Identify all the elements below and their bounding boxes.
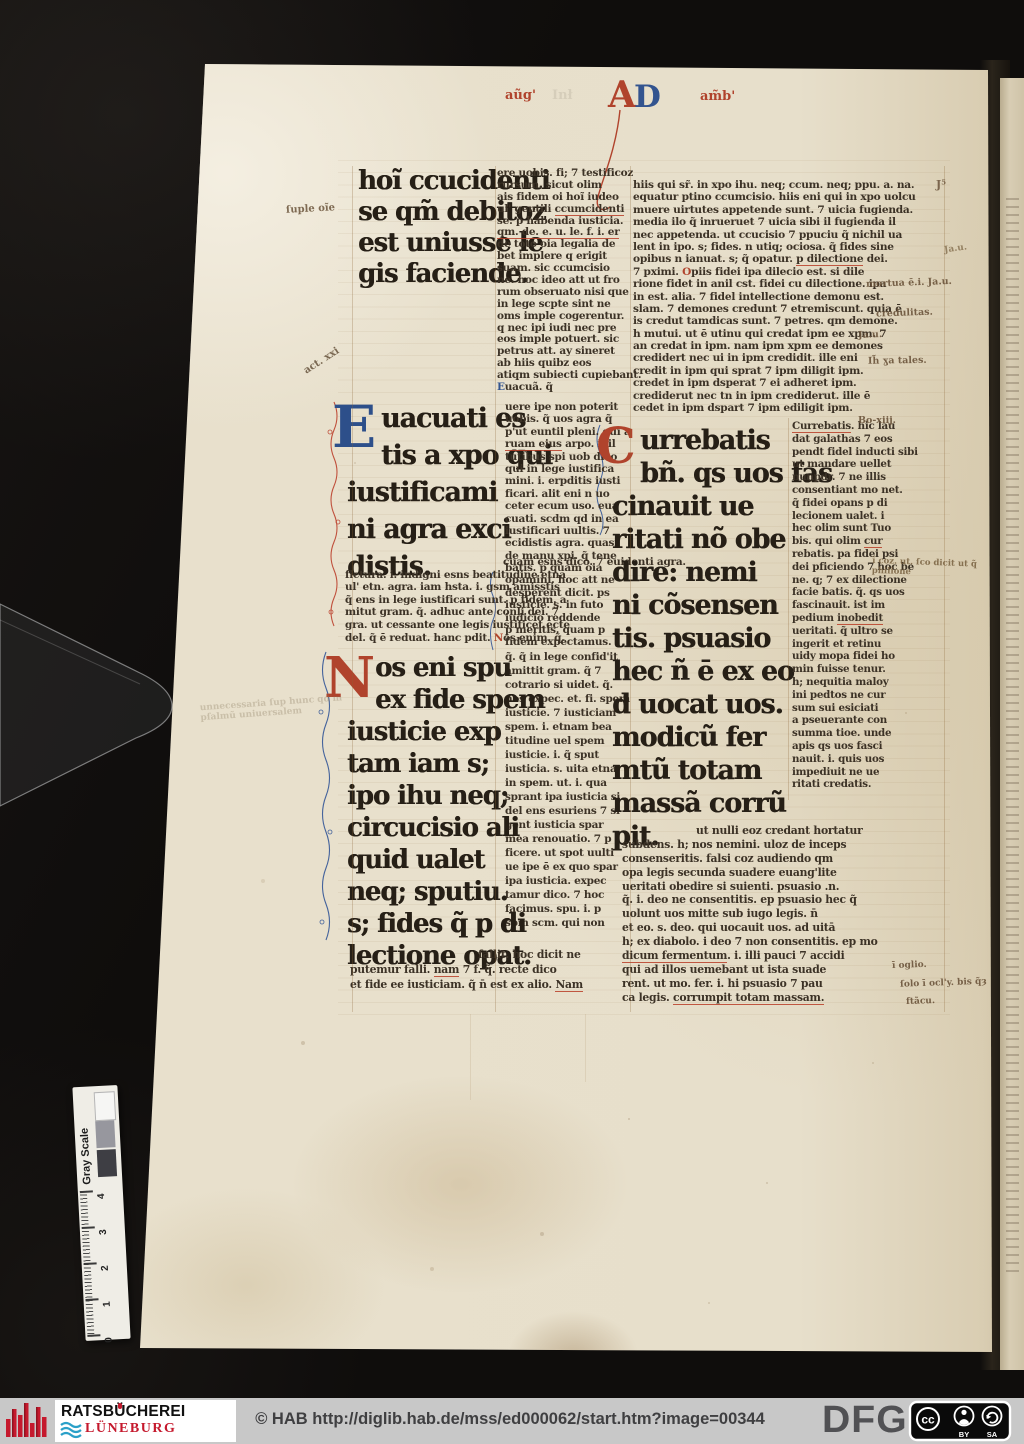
svg-text:cc: cc	[921, 1413, 935, 1427]
gloss-line: rursum. sicut olim	[497, 180, 639, 192]
column-rule	[352, 166, 353, 1012]
lemma-line: modicũ fer	[612, 721, 812, 754]
gloss-line: mitut gram. q̃. adhuc ante conli dei. 7	[345, 606, 640, 619]
gloss-line: consentiant mo net.	[792, 484, 950, 497]
gloss-line: putemur falli. nam 7 f. q̃. recte dico	[350, 963, 655, 978]
gloss-block: fallit. hoc dicit neputemur falli. nam 7…	[350, 948, 655, 992]
grayscale-label: Gray Scale	[79, 1128, 94, 1185]
gloss-line: consenseritis. falsi coz audiendo qm	[622, 852, 954, 866]
gloss-line: ul' etn. agra. iam hsta. i. gsm amisstis	[345, 581, 640, 594]
gloss-block: ere uobis. fi; 7 testificozrursum. sicut…	[497, 168, 639, 394]
marginal-note: ſolo ī ocl'y. bis q̃ȝ	[900, 976, 1000, 989]
lemma-line: circucisio ali	[347, 812, 547, 844]
lemma-line: tam iam s;	[347, 748, 547, 780]
gloss-line: pedium inobedit	[792, 612, 950, 625]
gloss-block: hiis qui sr̃. in xpo ihu. neq; ccum. neq…	[633, 179, 948, 414]
running-header-right: am̃b'	[700, 89, 735, 104]
column-rule	[630, 166, 631, 1012]
gloss-line: muere uirtutes appetende sunt. 7 uicia f…	[633, 204, 948, 216]
gloss-line: lecionem ualet. i	[792, 510, 950, 523]
grayscale-patch-dark	[97, 1149, 117, 1177]
gloss-line: crediderut nec tn in ipm crediderut. ill…	[633, 390, 948, 402]
lemma-line: neq; sputiu.	[347, 876, 547, 908]
library-name: RATSBÜCHEREI	[61, 1403, 185, 1421]
lemma-line: quid ualet	[347, 844, 547, 876]
running-header-erased: Inł	[552, 88, 573, 103]
svg-text:SA: SA	[987, 1430, 998, 1439]
gloss-line: opibus n ianuat. s; q̃ opatur. p dilecti…	[633, 253, 948, 265]
gloss-line: 7 pximi. Opiis fidei ipa dilecio est. si…	[633, 266, 948, 278]
lemma-line: ni cõsensen	[612, 589, 812, 622]
lemma-line: os eni spu	[347, 652, 547, 684]
gloss-line: ut mandare uellet	[792, 458, 950, 471]
lemma-line: massã corrũ	[612, 787, 812, 820]
gloss-line: Euacuã. q̃	[497, 382, 639, 394]
grayscale-ruler: Gray Scale 43210	[72, 1085, 130, 1341]
gloss-line: ueritati. q̃ ultro se	[792, 625, 950, 638]
gloss-block: Currebatis. hic laudat galathas 7 eospen…	[792, 420, 950, 791]
marginal-note: Ih̃ ɣa tales.	[868, 354, 958, 367]
marginal-note: act. xxi	[302, 335, 358, 377]
gloss-line: an credat in ipm. nam ipm xpm ee demones	[633, 340, 948, 352]
gloss-line: q̃ fidei opans p di	[792, 497, 950, 510]
gloss-line: ingerit et retinu	[792, 638, 950, 651]
gloss-line: impediuit ne ue	[792, 766, 950, 779]
gloss-line: bis. qui olim cur	[792, 535, 950, 548]
marginal-note: Ja.u.	[858, 328, 908, 341]
gloss-line: ini pedtos ne cur	[792, 689, 950, 702]
footer-bar: RATSBÜCHEREI LÜNEBURG © HAB http://digli…	[0, 1398, 1024, 1444]
column-rule	[944, 166, 945, 1012]
gloss-line: subdens. h; nos nemini. uloz de inceps	[622, 838, 954, 852]
gloss-line: nec appetenda. ut ccucisio 7 ppuciu q̃ n…	[633, 229, 948, 241]
gloss-line: oms imple cogerentur.	[497, 311, 639, 323]
gloss-line: hiis qui sr̃. in xpo ihu. neq; ccum. neq…	[633, 179, 948, 191]
gloss-line: sum sui esiciati	[792, 702, 950, 715]
marginal-note: J⁵	[936, 178, 966, 191]
column-rule	[495, 166, 496, 1012]
gloss-line: hec olim sunt Tuo	[792, 522, 950, 535]
gloss-line: h; ex diabolo. i deo 7 non consentitis. …	[622, 935, 954, 949]
lemma-block: os eni spuex fide spemiusticie exptam ia…	[347, 652, 547, 972]
gloss-line: credet in ipm dsperat 7 ei adheret ipm.	[633, 377, 948, 389]
gloss-line: q̃. i. deo ne consentitis. ep psuasio he…	[622, 893, 954, 907]
library-logo: RATSBÜCHEREI LÜNEBURG	[55, 1400, 236, 1442]
gloss-line: fictura. i. indigni esns beatitudine etn…	[345, 569, 640, 582]
gloss-line: facie batis. q̃. qs uos	[792, 586, 950, 599]
lemma-line: d uocat uos.	[612, 688, 812, 721]
gloss-line: gra. ut cessante one legis iustificet ec…	[345, 619, 640, 632]
lemma-line: iusticie exp	[347, 716, 547, 748]
marginal-note: ī oglio.	[892, 959, 952, 971]
gloss-line: dat galathas 7 eos	[792, 433, 950, 446]
lemma-line: ipo ihu neq;	[347, 780, 547, 812]
marginal-note: Bo-xiij.	[858, 415, 928, 426]
facing-page-text-hint	[1006, 198, 1019, 1278]
gloss-line: fallit. hoc dicit ne	[350, 948, 655, 963]
gloss-line: a pseuerante con	[792, 714, 950, 727]
lemma-line: urrebatis	[612, 424, 812, 457]
gloss-line: summa tioe. unde	[792, 727, 950, 740]
ruler-major-tick	[84, 1262, 97, 1265]
gloss-line: opa legis secunda suadere euang'lite	[622, 866, 954, 880]
initial-letter: E	[332, 398, 376, 456]
gloss-block: cuam esns dico. 7 euidenti agra.fictura.…	[345, 556, 640, 644]
library-umlaut-dot	[118, 1403, 122, 1409]
gloss-line: rum obseruato nisi que	[497, 287, 639, 299]
gloss-line: in est. alia. 7 fidel intellectione demo…	[633, 291, 948, 303]
gloss-line: uere ipe non poterit	[505, 401, 641, 413]
gloss-line: ut nulli eoz credant hortatur	[622, 824, 954, 838]
marginal-note: credulitas.	[876, 305, 966, 319]
ruler-major-tick	[85, 1298, 98, 1301]
lemma-line: dire: nemi	[612, 556, 812, 589]
organ-pipes-icon	[6, 1401, 54, 1441]
gloss-line: et fide ee iusticiam. q̃ n̄ est ex alio.…	[350, 978, 655, 993]
gloss-line: ritati credatis.	[792, 778, 950, 791]
gloss-line: nunpdr. 7 ne illis	[792, 471, 950, 484]
lemma-line: s; fides q̃ p di	[347, 908, 547, 940]
gloss-line: ca legis. corrumpit totam massam.	[622, 991, 954, 1005]
lemma-line: bñ. qs uos fas	[612, 457, 812, 490]
lemma-line: mtũ totam	[612, 754, 812, 787]
pencil-inscription: C.N	[149, 82, 192, 105]
ruler-major-tick	[87, 1334, 100, 1337]
gloss-line: del. q̃ ē reduat. hanc pdit. Nos enim. q…	[345, 632, 640, 645]
grayscale-patch-mid	[95, 1120, 115, 1148]
tick-label: 0	[104, 1337, 115, 1343]
gloss-line: in lege scpte sint ne	[497, 299, 639, 311]
digitized-manuscript-viewer: { "colors":{"accent_red":"#c5192d","acce…	[0, 0, 1024, 1444]
gloss-line: equatur ptino ccumcisio. hiis eni qui in…	[633, 191, 948, 203]
copyright-text: © HAB http://diglib.hab.de/mss/ed000062/…	[240, 1410, 780, 1429]
gloss-line: pendt fidel inducti sibi	[792, 446, 950, 459]
gloss-line: ais fidem oi hoĩ iudeo	[497, 192, 639, 204]
lemma-line: tis. psuasio	[612, 622, 812, 655]
column-rule	[470, 1014, 471, 1100]
gloss-line: uidy mopa fidei ho	[792, 650, 950, 663]
lemma-block: urrebatisbñ. qs uos fascinauit ueritati …	[612, 424, 812, 853]
marginal-note: Ja.u.	[944, 239, 995, 256]
tick-label: 4	[96, 1193, 107, 1199]
gloss-line: lent in ipo. s; fides. n utiq; ociosa. q…	[633, 241, 948, 253]
column-rule	[585, 1014, 586, 1082]
column-rule	[788, 418, 789, 800]
facing-page-edge	[1000, 78, 1024, 1370]
gloss-line: cuam esns dico. 7 euidenti agra.	[345, 556, 640, 569]
marginal-note: ſuple oĩe	[286, 201, 356, 216]
tick-label: 2	[100, 1265, 111, 1271]
ruler-major-tick	[82, 1226, 95, 1229]
gloss-line: et eo. s. deo. qui uocauit uos. ad uitā	[622, 921, 954, 935]
lemma-line: ex fide spem	[347, 684, 547, 716]
dfg-logo: DFG	[822, 1399, 908, 1442]
marginal-note: ī coz. ut. ſco dicit ut q̃ philione	[872, 556, 995, 580]
gloss-line: ul' gentili ccumcidenti	[497, 204, 639, 216]
gloss-line: apis qs uos fasci	[792, 740, 950, 753]
library-city: LÜNEBURG	[85, 1421, 176, 1437]
gloss-line: media ilo q̃ inrueruet 7 uicia sibi il f…	[633, 216, 948, 228]
lemma-line: cinauit ue	[612, 490, 812, 523]
gloss-line: min fuisse tenur.	[792, 663, 950, 676]
running-header-left: aũg'	[505, 88, 536, 103]
marginal-note: ftãcu.	[906, 995, 966, 1007]
lemma-line: ritati nõ obe	[612, 523, 812, 556]
tick-label: 1	[102, 1301, 113, 1307]
gloss-line: h; nequitia maloy	[792, 676, 950, 689]
gloss-block: ut nulli eoz credant hortatursubdens. h;…	[622, 824, 954, 1005]
gloss-line: ueritati obedire si suienti. psuasio .n.	[622, 880, 954, 894]
gloss-line: cedet in ipm dspart 7 ipm ediligit ipm.	[633, 402, 948, 414]
lemma-line: hec ñ ē ex eo	[612, 655, 812, 688]
gloss-line: uolunt uos mitte sub iugo legis. n̄	[622, 907, 954, 921]
gloss-line: fascinauit. ist im	[792, 599, 950, 612]
plexiglass-clamp	[0, 592, 200, 822]
gloss-line: q̃ ens in lege iustificari sunt. p fidem…	[345, 594, 640, 607]
gloss-line: credit in ipm qui sprat 7 ipm diligit ip…	[633, 365, 948, 377]
foxing-specks	[0, 0, 2, 2]
gloss-line: nauit. i. quis uos	[792, 753, 950, 766]
cc-license-badge: cc BY SA	[908, 1400, 1012, 1442]
svg-text:BY: BY	[959, 1430, 969, 1439]
wave-icon	[60, 1422, 82, 1438]
grayscale-patch-white	[94, 1091, 116, 1121]
tick-label: 3	[98, 1229, 109, 1235]
ruler-major-tick	[80, 1190, 93, 1193]
